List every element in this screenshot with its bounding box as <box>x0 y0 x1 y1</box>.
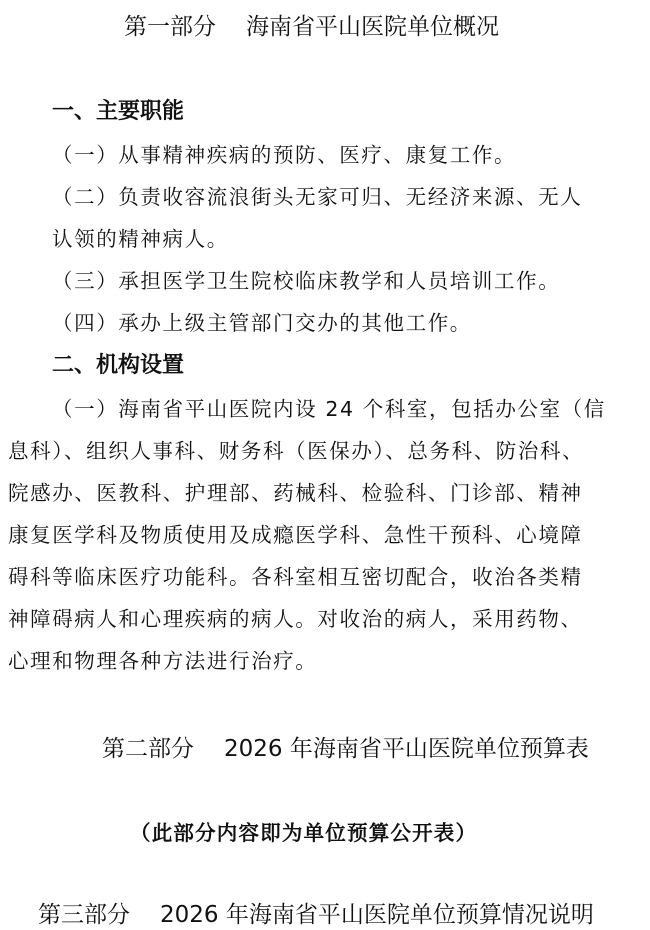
part2-title-main: 2026 年海南省平山医院单位预算表 <box>224 736 589 762</box>
function-item-2: （二）负责收容流浪街头无家可归、无经济来源、无人 <box>52 180 582 210</box>
function-item-1: （一）从事精神疾病的预防、医疗、康复工作。 <box>52 138 516 168</box>
function-item-3: （三）承担医学卫生院校临床教学和人员培训工作。 <box>52 264 560 294</box>
part2-title: 第二部分2026 年海南省平山医院单位预算表 <box>102 730 589 763</box>
org-paragraph-line-1: （一）海南省平山医院内设 24 个科室，包括办公室（信 <box>52 392 606 422</box>
org-paragraph-line-4: 康复医学科及物质使用及成瘾医学科、急性干预科、心境障 <box>8 518 583 548</box>
org-paragraph-line-3: 院感办、医教科、护理部、药械科、检验科、门诊部、精神 <box>8 476 583 506</box>
org-paragraph-line-6: 神障碍病人和心理疾病的病人。对收治的病人，采用药物、 <box>8 602 583 632</box>
org-paragraph-line-2: 息科）、组织人事科、财务科（医保办）、总务科、防治科、 <box>8 434 584 464</box>
part3-title-prefix: 第三部分 <box>38 902 130 928</box>
part2-note: （此部分内容即为单位预算公开表） <box>130 816 477 846</box>
section1-heading: 一、主要职能 <box>52 94 184 125</box>
org-paragraph-line-5: 碍科等临床医疗功能科。各科室相互密切配合，收治各类精 <box>8 560 583 590</box>
function-item-2-cont: 认领的精神病人。 <box>52 222 229 252</box>
org-paragraph-line-7: 心理和物理各种方法进行治疗。 <box>8 644 317 674</box>
part2-title-prefix: 第二部分 <box>102 736 194 762</box>
section2-heading: 二、机构设置 <box>52 348 184 379</box>
part3-title-main: 2026 年海南省平山医院单位预算情况说明 <box>160 902 594 928</box>
part1-title: 第一部分海南省平山医院单位概况 <box>124 8 499 41</box>
function-item-4: （四）承办上级主管部门交办的其他工作。 <box>52 306 472 336</box>
part1-title-main: 海南省平山医院单位概况 <box>246 14 499 40</box>
part1-title-prefix: 第一部分 <box>124 14 216 40</box>
part3-title: 第三部分2026 年海南省平山医院单位预算情况说明 <box>38 896 594 929</box>
